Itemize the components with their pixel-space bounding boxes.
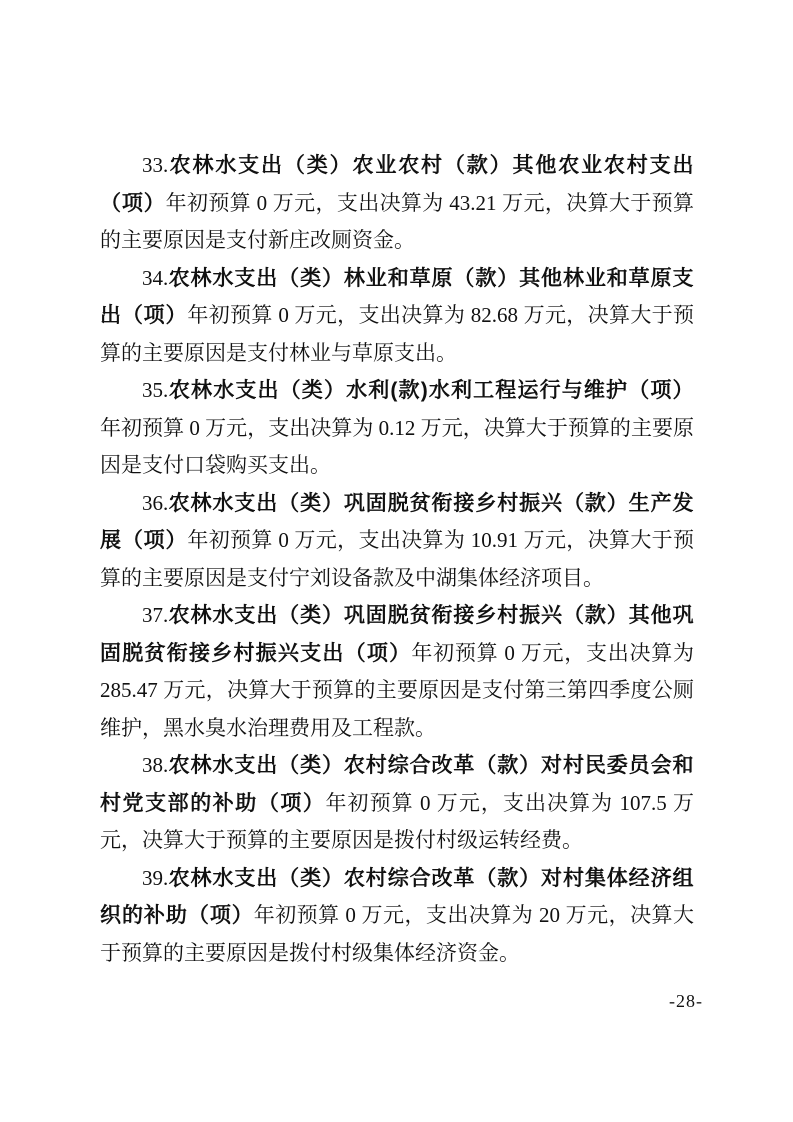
paragraph-38: 38.农林水支出（类）农村综合改革（款）对村民委员会和村党支部的补助（项）年初预… <box>100 747 694 860</box>
paragraph-body: 年初预算 0 万元，支出决算为 10.91 万元，决算大于预算的主要原因是支付宁… <box>100 528 694 590</box>
paragraph-body: 年初预算 0 万元，支出决算为 0.12 万元，决算大于预算的主要原因是支付口袋… <box>100 416 694 478</box>
paragraph-heading: 农林水支出（类）水利(款)水利工程运行与维护（项） <box>168 379 694 402</box>
paragraph-39: 39.农林水支出（类）农村综合改革（款）对村集体经济组织的补助（项）年初预算 0… <box>100 860 694 973</box>
paragraph-36: 36.农林水支出（类）巩固脱贫衔接乡村振兴（款）生产发展（项）年初预算 0 万元… <box>100 485 694 598</box>
paragraph-number: 34. <box>142 266 168 290</box>
paragraph-number: 33. <box>142 153 168 177</box>
paragraph-33: 33.农林水支出（类）农业农村（款）其他农业农村支出（项）年初预算 0 万元，支… <box>100 147 694 260</box>
paragraph-body: 年初预算 0 万元，支出决算为 82.68 万元，决算大于预算的主要原因是支付林… <box>100 303 694 365</box>
paragraph-number: 37. <box>142 603 168 627</box>
paragraph-number: 38. <box>142 753 168 777</box>
paragraph-number: 36. <box>142 491 168 515</box>
document-page: 33.农林水支出（类）农业农村（款）其他农业农村支出（项）年初预算 0 万元，支… <box>0 0 793 1122</box>
paragraph-number: 39. <box>142 866 168 890</box>
document-body: 33.农林水支出（类）农业农村（款）其他农业农村支出（项）年初预算 0 万元，支… <box>100 147 694 972</box>
page-number: -28- <box>669 991 703 1012</box>
paragraph-37: 37.农林水支出（类）巩固脱贫衔接乡村振兴（款）其他巩固脱贫衔接乡村振兴支出（项… <box>100 597 694 747</box>
paragraph-number: 35. <box>142 378 168 402</box>
paragraph-34: 34.农林水支出（类）林业和草原（款）其他林业和草原支出（项）年初预算 0 万元… <box>100 260 694 373</box>
paragraph-body: 年初预算 0 万元，支出决算为 43.21 万元，决算大于预算的主要原因是支付新… <box>100 191 694 253</box>
paragraph-35: 35.农林水支出（类）水利(款)水利工程运行与维护（项）年初预算 0 万元，支出… <box>100 372 694 485</box>
